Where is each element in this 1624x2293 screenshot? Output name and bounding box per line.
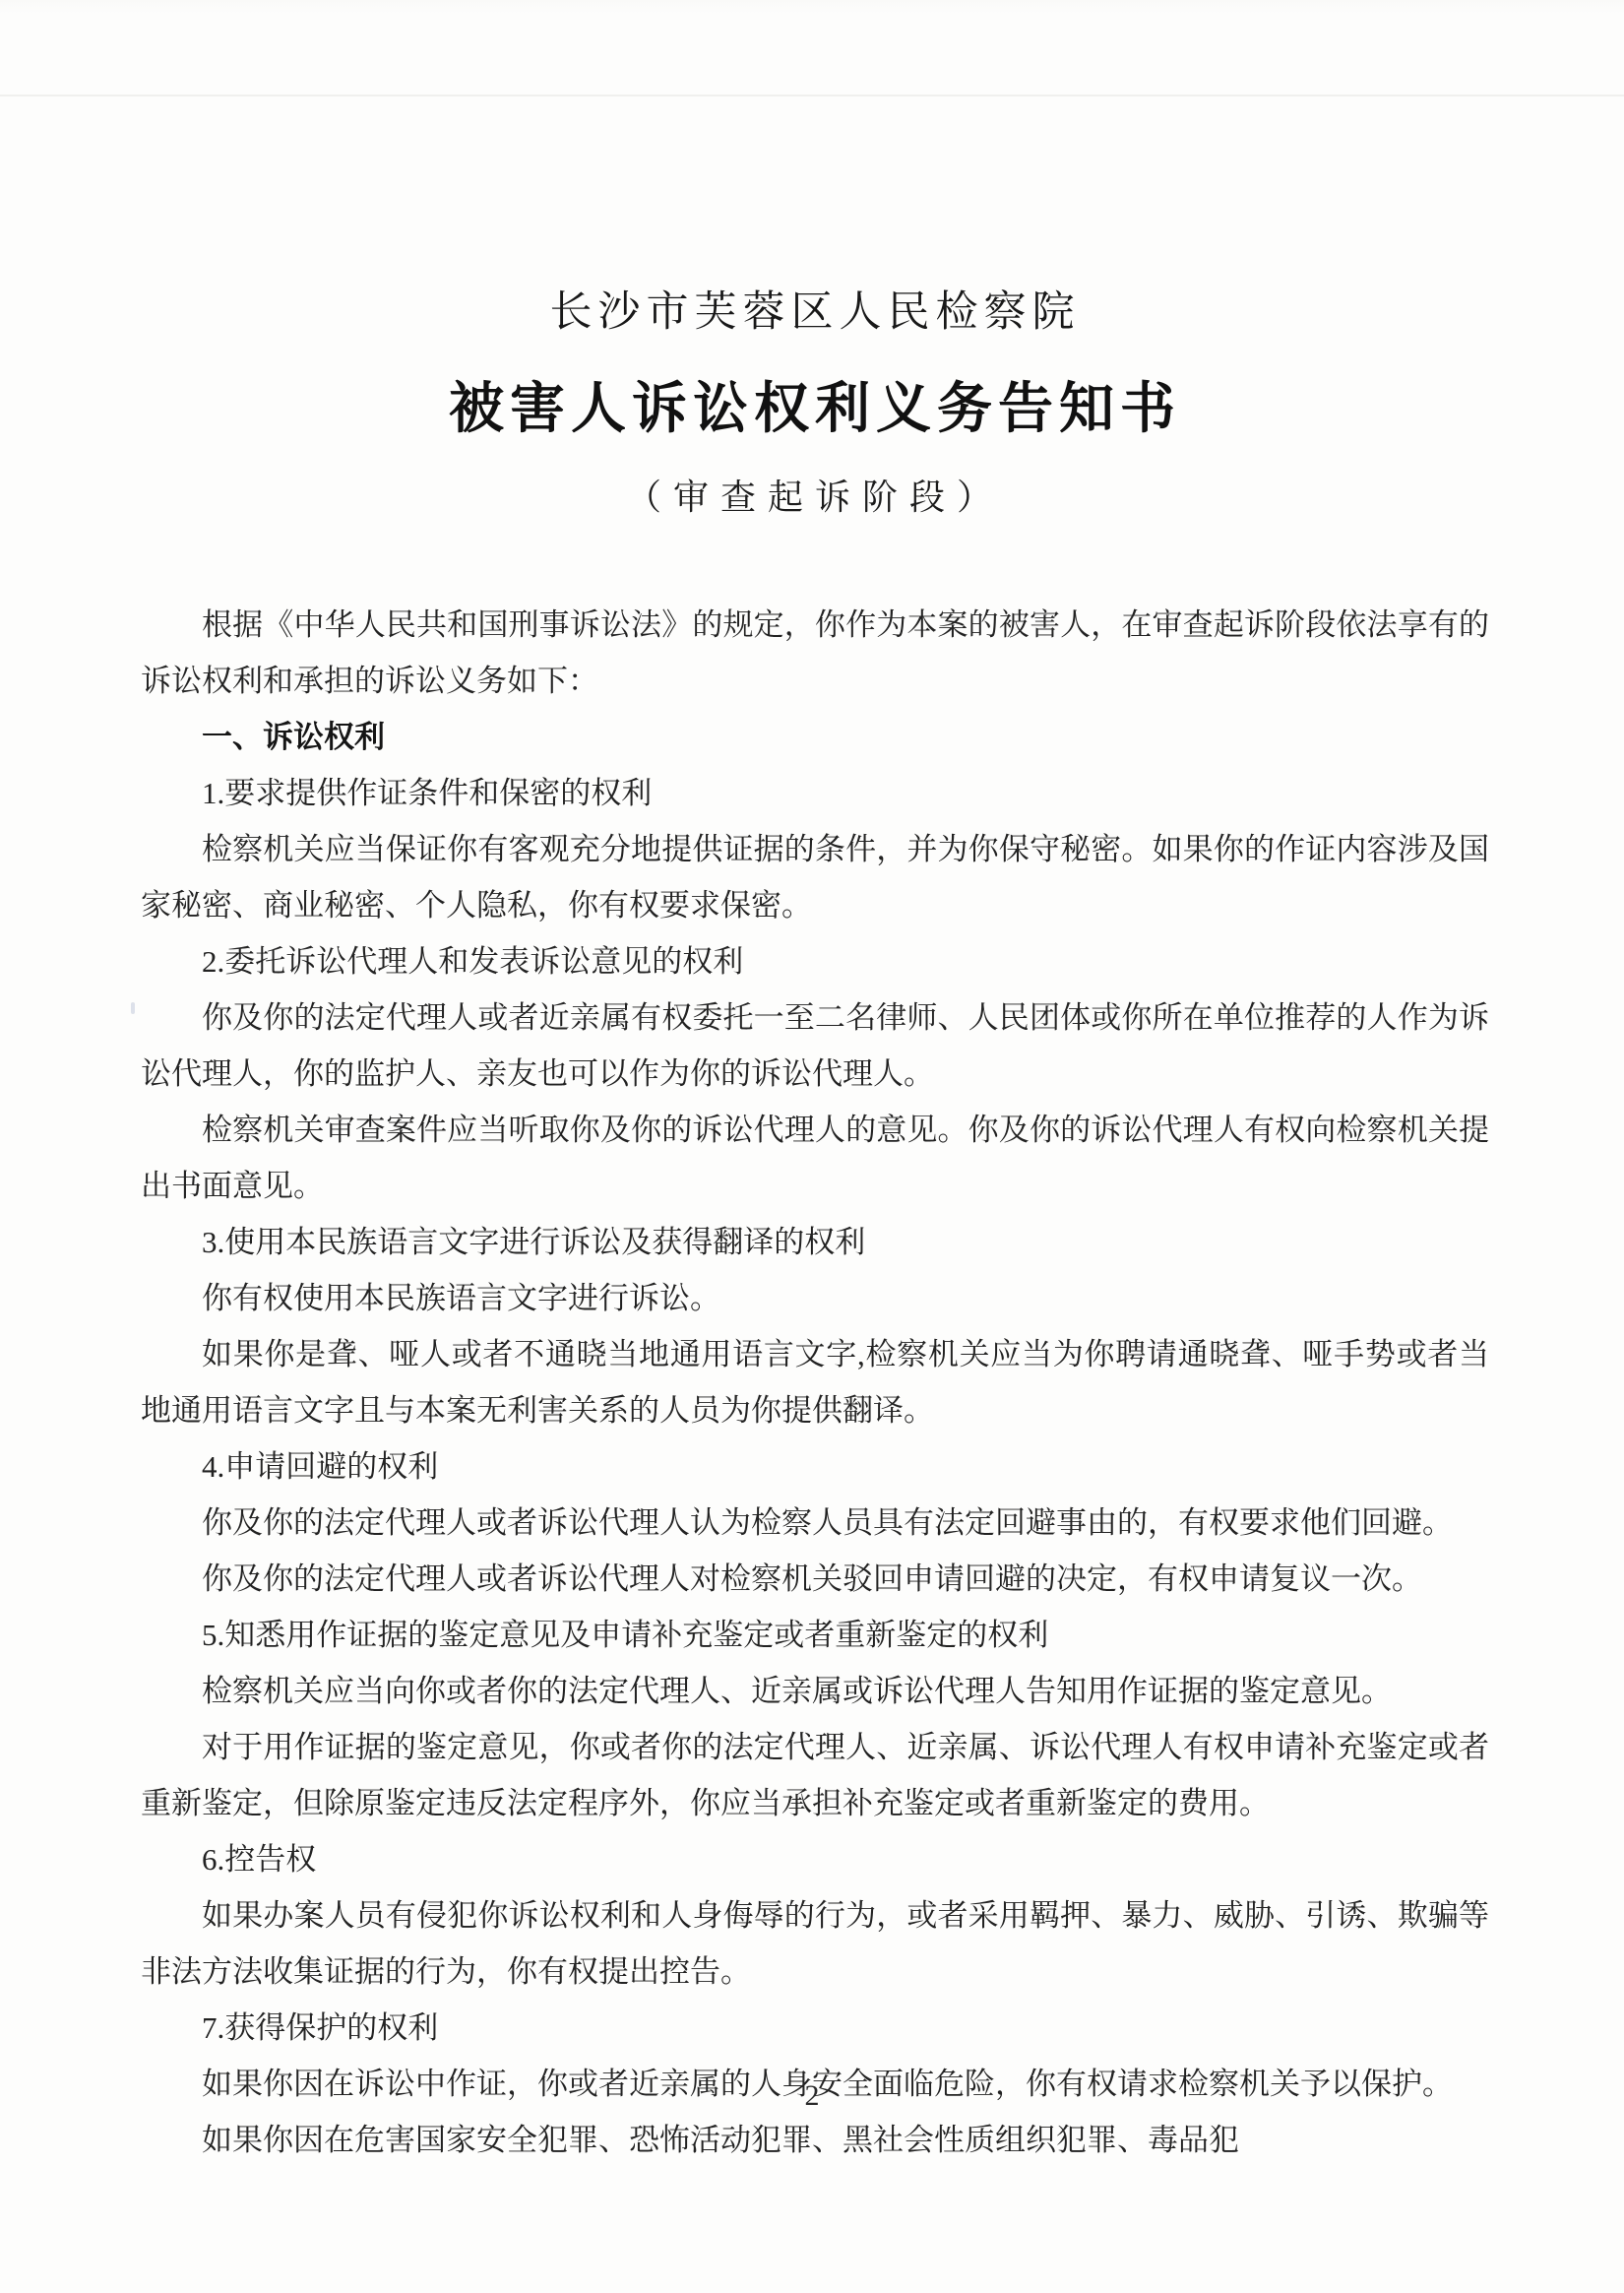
scan-artifact-speck [131,1002,135,1014]
document-content: 长沙市芙蓉区人民检察院 被害人诉讼权利义务告知书 （审查起诉阶段） 根据《中华人… [141,0,1489,2168]
document-page: 长沙市芙蓉区人民检察院 被害人诉讼权利义务告知书 （审查起诉阶段） 根据《中华人… [0,0,1624,2293]
paragraph: 如果办案人员有侵犯你诉讼权利和人身侮辱的行为，或者采用羁押、暴力、威胁、引诱、欺… [141,1887,1489,2000]
numbered-item-heading: 7.获得保护的权利 [141,2000,1489,2056]
numbered-item-heading: 5.知悉用作证据的鉴定意见及申请补充鉴定或者重新鉴定的权利 [141,1607,1489,1663]
paragraph: 对于用作证据的鉴定意见，你或者你的法定代理人、近亲属、诉讼代理人有权申请补充鉴定… [141,1719,1489,1831]
page-number: 2 [0,2079,1624,2113]
numbered-item-heading: 4.申请回避的权利 [141,1438,1489,1495]
numbered-item-heading: 3.使用本民族语言文字进行诉讼及获得翻译的权利 [141,1214,1489,1270]
document-subtitle: （审查起诉阶段） [141,477,1489,518]
paragraph: 检察机关应当向你或者你的法定代理人、近亲属或诉讼代理人告知用作证据的鉴定意见。 [141,1663,1489,1719]
paragraph: 你及你的法定代理人或者近亲属有权委托一至二名律师、人民团体或你所在单位推荐的人作… [141,989,1489,1102]
numbered-item-heading: 1.要求提供作证条件和保密的权利 [141,765,1489,821]
numbered-item-heading: 2.委托诉讼代理人和发表诉讼意见的权利 [141,933,1489,989]
paragraph: 根据《中华人民共和国刑事诉讼法》的规定，你作为本案的被害人，在审查起诉阶段依法享… [141,597,1489,709]
document-body: 根据《中华人民共和国刑事诉讼法》的规定，你作为本案的被害人，在审查起诉阶段依法享… [141,597,1489,2168]
paragraph: 如果你因在危害国家安全犯罪、恐怖活动犯罪、黑社会性质组织犯罪、毒品犯 [141,2112,1489,2168]
section-heading: 一、诉讼权利 [141,709,1489,765]
paragraph: 你有权使用本民族语言文字进行诉讼。 [141,1270,1489,1326]
numbered-item-heading: 6.控告权 [141,1831,1489,1887]
paragraph: 检察机关应当保证你有客观充分地提供证据的条件，并为你保守秘密。如果你的作证内容涉… [141,821,1489,933]
paragraph: 你及你的法定代理人或者诉讼代理人对检察机关驳回申请回避的决定，有权申请复议一次。 [141,1551,1489,1607]
paragraph: 如果你是聋、哑人或者不通晓当地通用语言文字,检察机关应当为你聘请通晓聋、哑手势或… [141,1326,1489,1438]
organization-title: 长沙市芙蓉区人民检察院 [141,287,1489,339]
paragraph: 检察机关审查案件应当听取你及你的诉讼代理人的意见。你及你的诉讼代理人有权向检察机… [141,1102,1489,1214]
paragraph: 你及你的法定代理人或者诉讼代理人认为检察人员具有法定回避事由的，有权要求他们回避… [141,1495,1489,1551]
document-title: 被害人诉讼权利义务告知书 [141,378,1489,441]
